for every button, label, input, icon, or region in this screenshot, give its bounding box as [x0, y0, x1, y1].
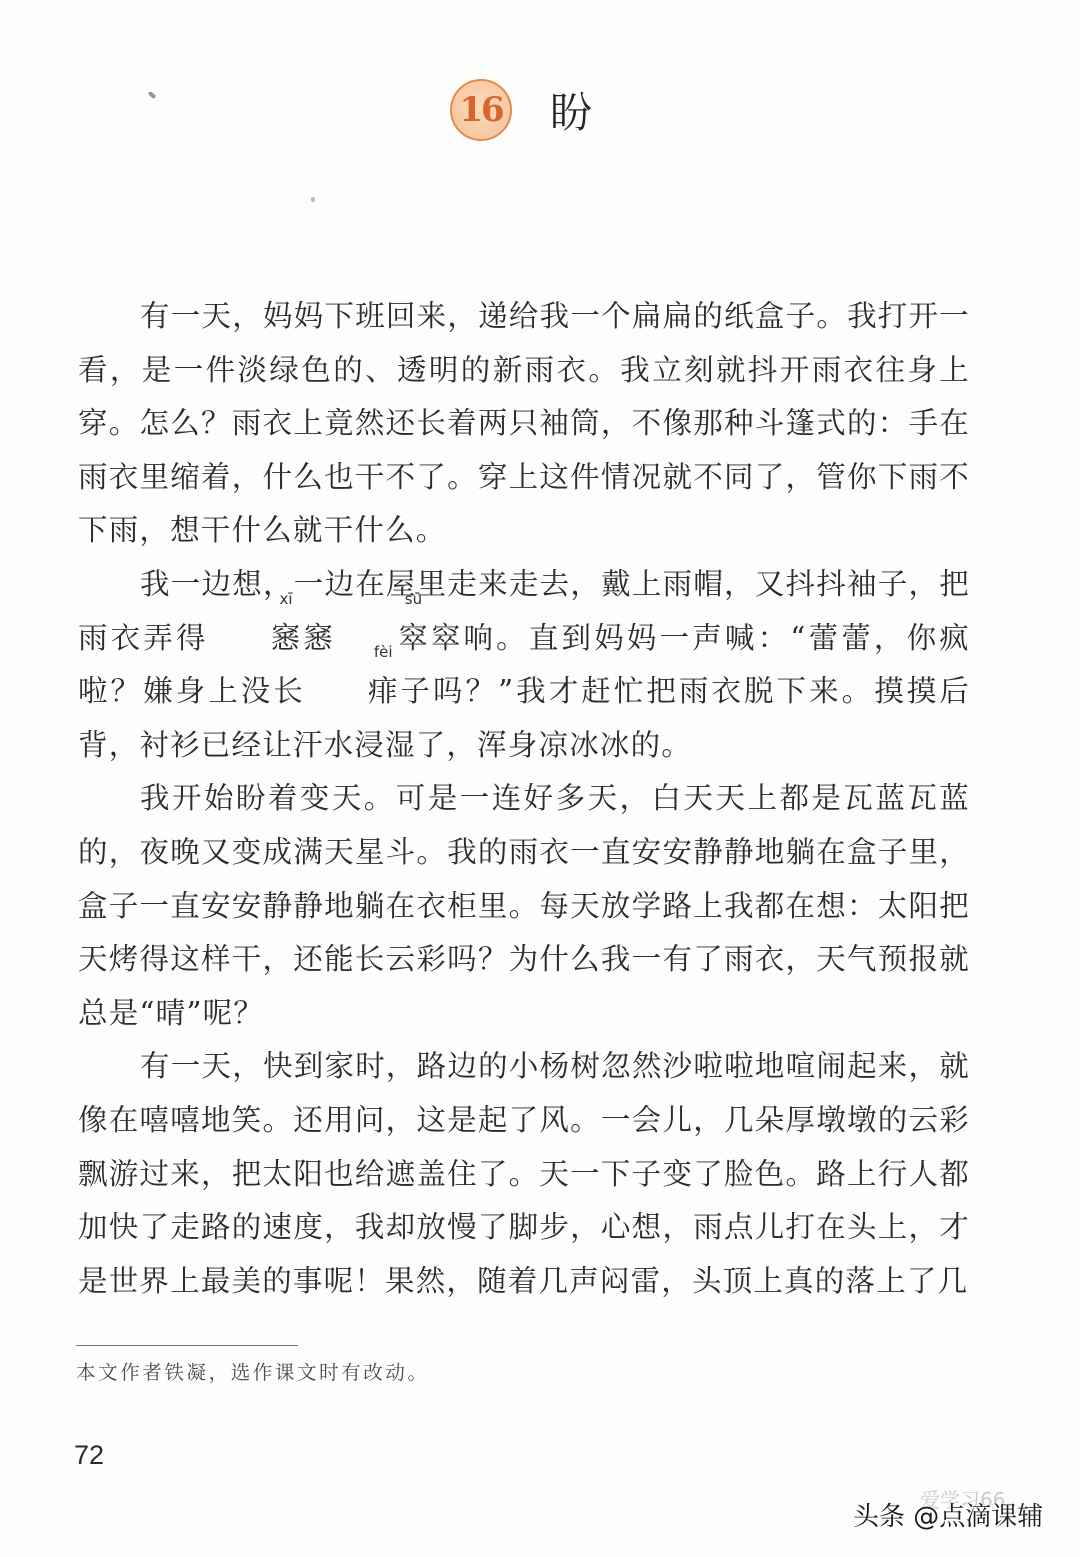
pinyin-annotation: xī [218, 592, 293, 607]
annotated-character: fèi痱 [306, 665, 399, 719]
footnote-divider [76, 1345, 298, 1346]
lesson-number: 16 [459, 90, 502, 130]
text-segment: 有一天，妈妈下班回来，递给我一个扁扁的纸盒子。我打开一看，是一件淡绿色的、透明的… [78, 299, 970, 547]
pinyin-annotation: fèi [312, 645, 393, 660]
watermark: 头条 @点滴课辅 [853, 1496, 1043, 1533]
page-number: 72 [74, 1440, 104, 1471]
lesson-header: 16 盼 [450, 75, 592, 145]
lesson-number-badge: 16 [450, 79, 512, 141]
textbook-page: 16 盼 有一天，妈妈下班回来，递给我一个扁扁的纸盒子。我打开一看，是一件淡绿色… [0, 0, 1080, 1557]
lesson-title: 盼 [550, 80, 592, 140]
paragraph: 我一边想，一边在屋里走来走去，戴上雨帽，又抖抖袖子，把雨衣弄得xī窸窸sū窣窣响… [78, 558, 970, 772]
text-segment: 我开始盼着变天。可是一连好多天，白天天上都是瓦蓝瓦蓝的，夜晚又变成满天星斗。我的… [78, 781, 970, 1029]
pinyin-annotation: sū [343, 592, 422, 607]
paragraph: 我开始盼着变天。可是一连好多天，白天天上都是瓦蓝瓦蓝的，夜晚又变成满天星斗。我的… [78, 772, 970, 1040]
paragraph: 有一天，妈妈下班回来，递给我一个扁扁的纸盒子。我打开一看，是一件淡绿色的、透明的… [78, 290, 970, 558]
paragraph: 有一天，快到家时，路边的小杨树忽然沙啦啦地喧闹起来，就像在嘻嘻地笑。还用问，这是… [78, 1040, 970, 1308]
lesson-body: 有一天，妈妈下班回来，递给我一个扁扁的纸盒子。我打开一看，是一件淡绿色的、透明的… [78, 290, 970, 1308]
print-speck [311, 197, 315, 202]
text-segment: 有一天，快到家时，路边的小杨树忽然沙啦啦地喧闹起来，就像在嘻嘻地笑。还用问，这是… [78, 1049, 970, 1297]
footnote: 本文作者铁凝，选作课文时有改动。 [76, 1357, 430, 1385]
print-speck [148, 91, 157, 99]
annotated-character: xī窸 [209, 612, 302, 666]
